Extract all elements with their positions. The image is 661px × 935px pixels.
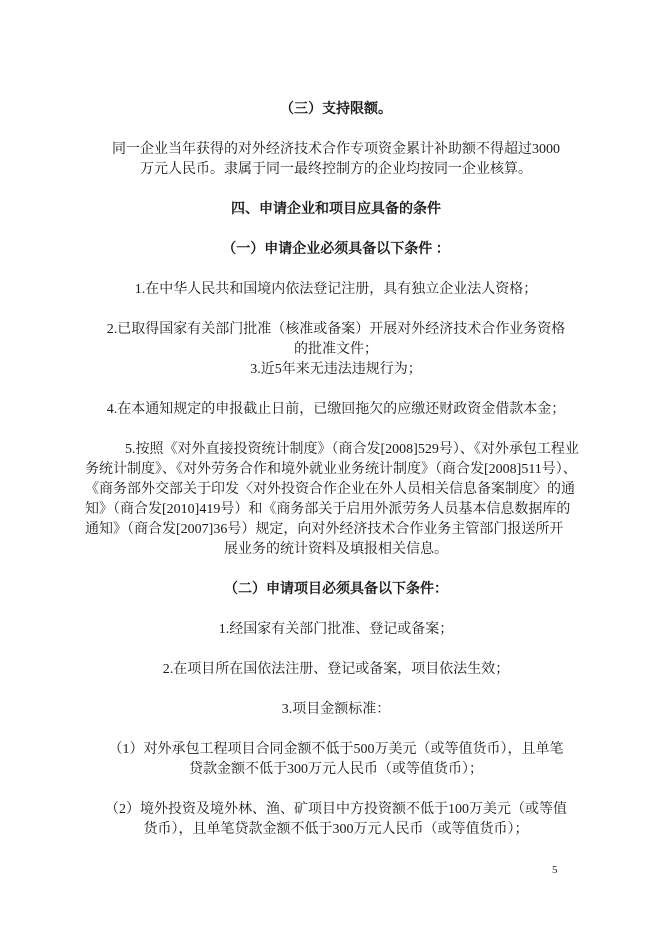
enterprise-condition-2: 2.已取得国家有关部门批准（核准或备案）开展对外经济技术合作业务资格 的批准文件… bbox=[85, 320, 587, 360]
text-line: 2.在项目所在国依法注册、登记或备案，项目依法生效； bbox=[85, 660, 587, 680]
text-line: 4.在本通知规定的申报截止日前，已缴回拖欠的应缴还财政资金借款本金； bbox=[85, 400, 587, 420]
text-line: 《商务部外交部关于印发〈对外投资合作企业在外人员相关信息备案制度〉的通 bbox=[85, 480, 587, 500]
text-line: 5.按照《对外直接投资统计制度》（商合发[2008]529号）、《对外承包工程业 bbox=[85, 440, 587, 460]
text-line: 同一企业当年获得的对外经济技术合作专项资金累计补助额不得超过3000 bbox=[85, 140, 587, 160]
para-support-limit-body: 同一企业当年获得的对外经济技术合作专项资金累计补助额不得超过3000 万元人民币… bbox=[85, 140, 587, 180]
text-line: 1.经国家有关部门批准、登记或备案； bbox=[85, 620, 587, 640]
text-line: 万元人民币。隶属于同一最终控制方的企业均按同一企业核算。 bbox=[85, 160, 587, 180]
text-line: 贷款金额不低于300万元人民币（或等值货币）； bbox=[85, 760, 587, 780]
text-line: 务统计制度》、《对外劳务合作和境外就业业务统计制度》（商合发[2008]511号… bbox=[85, 460, 587, 480]
amount-standard-1: （1）对外承包工程项目合同金额不低于500万美元（或等值货币），且单笔 贷款金额… bbox=[85, 740, 587, 780]
text-line: 3.近5年来无违法违规行为； bbox=[85, 360, 587, 380]
project-condition-2: 2.在项目所在国依法注册、登记或备案，项目依法生效； bbox=[85, 660, 587, 680]
heading-line: 四、申请企业和项目应具备的条件 bbox=[85, 200, 587, 220]
heading-subsection-two: （二）申请项目必须具备以下条件： bbox=[85, 580, 587, 600]
heading-line: （二）申请项目必须具备以下条件： bbox=[85, 580, 587, 600]
heading-section-four: 四、申请企业和项目应具备的条件 bbox=[85, 200, 587, 220]
heading-line: （一）申请企业必须具备以下条件 ： bbox=[85, 240, 587, 260]
enterprise-condition-5: 5.按照《对外直接投资统计制度》（商合发[2008]529号）、《对外承包工程业… bbox=[85, 440, 587, 560]
project-condition-3: 3.项目金额标准： bbox=[85, 700, 587, 720]
enterprise-condition-3: 3.近5年来无违法违规行为； bbox=[85, 360, 587, 380]
text-line: 展业务的统计资料及填报相关信息。 bbox=[85, 540, 587, 560]
amount-standard-2: （2）境外投资及境外林、渔、矿项目中方投资额不低于100万美元（或等值 货币），… bbox=[85, 800, 587, 840]
enterprise-condition-4: 4.在本通知规定的申报截止日前，已缴回拖欠的应缴还财政资金借款本金； bbox=[85, 400, 587, 420]
text-line: 1.在中华人民共和国境内依法登记注册，具有独立企业法人资格； bbox=[85, 280, 587, 300]
page-number: 5 bbox=[552, 863, 558, 877]
text-line: （1）对外承包工程项目合同金额不低于500万美元（或等值货币），且单笔 bbox=[85, 740, 587, 760]
heading-line: （三）支持限额。 bbox=[85, 100, 587, 120]
text-line: 知》（商合发[2010]419号）和《商务部关于启用外派劳务人员基本信息数据库的 bbox=[85, 500, 587, 520]
heading-support-limit: （三）支持限额。 bbox=[85, 100, 587, 120]
text-line: 3.项目金额标准： bbox=[85, 700, 587, 720]
heading-subsection-one: （一）申请企业必须具备以下条件 ： bbox=[85, 240, 587, 260]
page-content: （三）支持限额。 同一企业当年获得的对外经济技术合作专项资金累计补助额不得超过3… bbox=[85, 100, 587, 860]
text-line: （2）境外投资及境外林、渔、矿项目中方投资额不低于100万美元（或等值 bbox=[85, 800, 587, 820]
text-line: 的批准文件； bbox=[85, 340, 587, 360]
text-line: 货币），且单笔贷款金额不低于300万元人民币（或等值货币）； bbox=[85, 820, 587, 840]
document-page: （三）支持限额。 同一企业当年获得的对外经济技术合作专项资金累计补助额不得超过3… bbox=[0, 0, 661, 935]
enterprise-condition-1: 1.在中华人民共和国境内依法登记注册，具有独立企业法人资格； bbox=[85, 280, 587, 300]
text-line: 通知》（商合发[2007]36号）规定，向对外经济技术合作业务主管部门报送所开 bbox=[85, 520, 587, 540]
text-line: 2.已取得国家有关部门批准（核准或备案）开展对外经济技术合作业务资格 bbox=[85, 320, 587, 340]
project-condition-1: 1.经国家有关部门批准、登记或备案； bbox=[85, 620, 587, 640]
